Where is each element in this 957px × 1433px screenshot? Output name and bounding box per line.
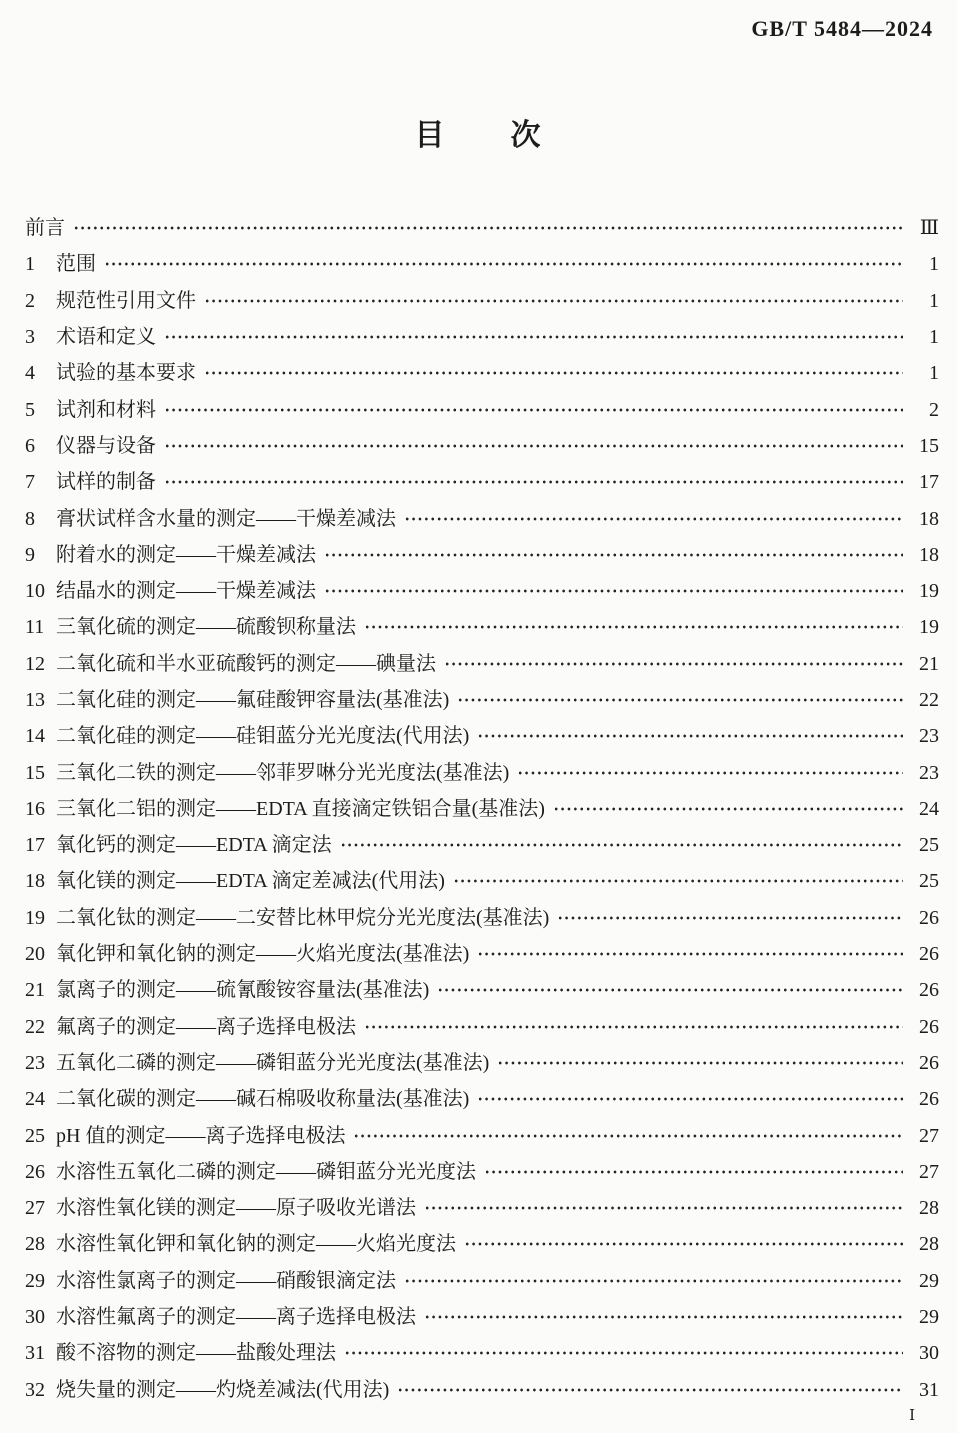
toc-entry-title: 氧化钾和氧化钠的测定——火焰光度法(基准法): [56, 944, 477, 964]
toc-entry-number: 9: [25, 545, 56, 565]
toc-entry-number: 7: [25, 472, 56, 492]
toc-entry-number: 11: [25, 617, 56, 637]
toc-row: 24二氧化碳的测定——碱石棉吸收称量法(基准法)26: [25, 1081, 939, 1117]
toc-row: 26水溶性五氧化二磷的测定——磷钼蓝分光光度法27: [25, 1154, 939, 1190]
dot-leader: [324, 585, 903, 597]
page-title: 目 次: [0, 110, 957, 154]
toc-entry-title: 试验的基本要求: [56, 363, 204, 383]
dot-leader: [477, 1093, 903, 1105]
toc-row: 10结晶水的测定——干燥差减法19: [25, 573, 939, 609]
toc-entry-number: 14: [25, 726, 56, 746]
dot-leader: [453, 875, 903, 887]
toc-entry-title: pH 值的测定——离子选择电极法: [56, 1126, 353, 1146]
toc-entry-page: 17: [911, 472, 939, 492]
dot-leader: [424, 1202, 903, 1214]
toc-entry-number: 15: [25, 763, 56, 783]
toc-entry-page: 30: [911, 1343, 939, 1363]
toc-row: 15三氧化二铁的测定——邻菲罗啉分光光度法(基准法)23: [25, 754, 939, 790]
dot-leader: [404, 1275, 903, 1287]
toc-entry-number: 13: [25, 690, 56, 710]
toc-entry-title: 三氧化硫的测定——硫酸钡称量法: [56, 617, 364, 637]
toc-entry-number: 17: [25, 835, 56, 855]
dot-leader: [324, 549, 903, 561]
toc-row: 27水溶性氧化镁的测定——原子吸收光谱法28: [25, 1190, 939, 1226]
toc-entry-page: 1: [911, 254, 939, 274]
dot-leader: [73, 222, 903, 234]
toc-entry-number: 20: [25, 944, 56, 964]
toc-row: 2规范性引用文件1: [25, 283, 939, 319]
toc-entry-number: 21: [25, 980, 56, 1000]
dot-leader: [464, 1238, 903, 1250]
toc-entry-number: 31: [25, 1343, 56, 1363]
toc-row: 29水溶性氯离子的测定——硝酸银滴定法29: [25, 1263, 939, 1299]
toc-entry-title: 二氧化碳的测定——碱石棉吸收称量法(基准法): [56, 1089, 477, 1109]
dot-leader: [164, 476, 903, 488]
toc-row: 17氧化钙的测定——EDTA 滴定法25: [25, 827, 939, 863]
toc-row: 1范围1: [25, 246, 939, 282]
dot-leader: [437, 984, 903, 996]
toc-row: 前言Ⅲ: [25, 210, 939, 246]
toc-entry-page: 18: [911, 509, 939, 529]
toc-entry-page: 23: [911, 726, 939, 746]
dot-leader: [204, 295, 903, 307]
toc-entry-title: 氟离子的测定——离子选择电极法: [56, 1017, 364, 1037]
toc-entry-title: 二氧化硅的测定——氟硅酸钾容量法(基准法): [56, 690, 457, 710]
toc-entry-page: 27: [911, 1162, 939, 1182]
toc-entry-title: 水溶性氟离子的测定——离子选择电极法: [56, 1307, 424, 1327]
toc-entry-title: 水溶性氧化钾和氧化钠的测定——火焰光度法: [56, 1234, 464, 1254]
toc-row: 7试样的制备17: [25, 464, 939, 500]
dot-leader: [477, 948, 903, 960]
dot-leader: [424, 1311, 903, 1323]
toc-entry-page: 25: [911, 871, 939, 891]
dot-leader: [204, 367, 903, 379]
toc-entry-page: 19: [911, 581, 939, 601]
toc-entry-page: 31: [911, 1380, 939, 1400]
toc-entry-number: 1: [25, 254, 56, 274]
toc-entry-page: 26: [911, 1053, 939, 1073]
toc-entry-page: 1: [911, 291, 939, 311]
dot-leader: [457, 694, 903, 706]
toc-entry-title: 氧化镁的测定——EDTA 滴定差减法(代用法): [56, 871, 453, 891]
dot-leader: [340, 839, 903, 851]
toc-entry-title: 附着水的测定——干燥差减法: [56, 545, 324, 565]
toc-entry-title: 水溶性五氧化二磷的测定——磷钼蓝分光光度法: [56, 1162, 484, 1182]
toc-row: 21氯离子的测定——硫氰酸铵容量法(基准法)26: [25, 972, 939, 1008]
toc-list: 前言Ⅲ1范围12规范性引用文件13术语和定义14试验的基本要求15试剂和材料26…: [25, 210, 939, 1408]
dot-leader: [104, 258, 903, 270]
toc-entry-number: 19: [25, 908, 56, 928]
toc-entry-page: 28: [911, 1234, 939, 1254]
dot-leader: [517, 767, 903, 779]
dot-leader: [477, 730, 903, 742]
toc-entry-title: 二氧化硫和半水亚硫酸钙的测定——碘量法: [56, 654, 444, 674]
toc-entry-page: 29: [911, 1307, 939, 1327]
toc-entry-title: 三氧化二铁的测定——邻菲罗啉分光光度法(基准法): [56, 763, 517, 783]
dot-leader: [553, 803, 903, 815]
toc-entry-number: 5: [25, 400, 56, 420]
toc-entry-page: 15: [911, 436, 939, 456]
dot-leader: [164, 331, 903, 343]
toc-entry-page: 26: [911, 908, 939, 928]
toc-entry-number: 29: [25, 1271, 56, 1291]
dot-leader: [444, 658, 903, 670]
toc-entry-number: 22: [25, 1017, 56, 1037]
toc-row: 4试验的基本要求1: [25, 355, 939, 391]
toc-entry-number: 26: [25, 1162, 56, 1182]
toc-entry-number: 3: [25, 327, 56, 347]
toc-entry-page: 1: [911, 363, 939, 383]
toc-entry-title: 试样的制备: [56, 472, 164, 492]
toc-entry-page: 22: [911, 690, 939, 710]
toc-entry-number: 8: [25, 509, 56, 529]
toc-entry-title: 二氧化硅的测定——硅钼蓝分光光度法(代用法): [56, 726, 477, 746]
toc-entry-page: 21: [911, 654, 939, 674]
toc-row: 28水溶性氧化钾和氧化钠的测定——火焰光度法28: [25, 1226, 939, 1262]
toc-row: 9附着水的测定——干燥差减法18: [25, 537, 939, 573]
toc-entry-number: 24: [25, 1089, 56, 1109]
toc-entry-number: 18: [25, 871, 56, 891]
toc-entry-number: 16: [25, 799, 56, 819]
toc-entry-page: 24: [911, 799, 939, 819]
toc-entry-number: 30: [25, 1307, 56, 1327]
toc-entry-title: 膏状试样含水量的测定——干燥差减法: [56, 509, 404, 529]
toc-row: 19二氧化钛的测定——二安替比林甲烷分光光度法(基准法)26: [25, 900, 939, 936]
toc-entry-number: 2: [25, 291, 56, 311]
toc-row: 14二氧化硅的测定——硅钼蓝分光光度法(代用法)23: [25, 718, 939, 754]
toc-entry-number: 23: [25, 1053, 56, 1073]
toc-row: 18氧化镁的测定——EDTA 滴定差减法(代用法)25: [25, 863, 939, 899]
toc-row: 6仪器与设备15: [25, 428, 939, 464]
toc-row: 3术语和定义1: [25, 319, 939, 355]
toc-entry-page: 1: [911, 327, 939, 347]
toc-entry-number: 32: [25, 1380, 56, 1400]
toc-entry-page: 2: [911, 400, 939, 420]
toc-entry-title: 氯离子的测定——硫氰酸铵容量法(基准法): [56, 980, 437, 1000]
standard-number-header: GB/T 5484—2024: [751, 16, 933, 42]
toc-row: 23五氧化二磷的测定——磷钼蓝分光光度法(基准法)26: [25, 1045, 939, 1081]
toc-row: 5试剂和材料2: [25, 391, 939, 427]
toc-row: 16三氧化二铝的测定——EDTA 直接滴定铁铝合量(基准法)24: [25, 791, 939, 827]
toc-row: 22氟离子的测定——离子选择电极法26: [25, 1009, 939, 1045]
dot-leader: [344, 1347, 903, 1359]
dot-leader: [397, 1384, 903, 1396]
dot-leader: [497, 1057, 903, 1069]
toc-entry-page: 29: [911, 1271, 939, 1291]
toc-entry-title: 烧失量的测定——灼烧差减法(代用法): [56, 1380, 397, 1400]
dot-leader: [484, 1166, 903, 1178]
toc-entry-page: 23: [911, 763, 939, 783]
dot-leader: [364, 1021, 903, 1033]
toc-entry-title: 水溶性氧化镁的测定——原子吸收光谱法: [56, 1198, 424, 1218]
toc-entry-title: 结晶水的测定——干燥差减法: [56, 581, 324, 601]
footer-page-number: Ⅰ: [909, 1406, 915, 1425]
toc-row: 31酸不溶物的测定——盐酸处理法30: [25, 1335, 939, 1371]
toc-entry-title: 范围: [56, 254, 104, 274]
toc-entry-number: 10: [25, 581, 56, 601]
toc-entry-page: Ⅲ: [911, 218, 939, 238]
toc-entry-page: 26: [911, 1089, 939, 1109]
dot-leader: [353, 1130, 903, 1142]
toc-entry-page: 26: [911, 980, 939, 1000]
toc-entry-title: 水溶性氯离子的测定——硝酸银滴定法: [56, 1271, 404, 1291]
toc-entry-title: 术语和定义: [56, 327, 164, 347]
toc-entry-number: 25: [25, 1126, 56, 1146]
dot-leader: [557, 912, 903, 924]
toc-entry-number: 12: [25, 654, 56, 674]
toc-row: 11三氧化硫的测定——硫酸钡称量法19: [25, 609, 939, 645]
dot-leader: [404, 513, 903, 525]
toc-entry-title: 前言: [25, 218, 73, 238]
toc-entry-number: 28: [25, 1234, 56, 1254]
toc-row: 8膏状试样含水量的测定——干燥差减法18: [25, 500, 939, 536]
toc-entry-number: 6: [25, 436, 56, 456]
toc-entry-title: 酸不溶物的测定——盐酸处理法: [56, 1343, 344, 1363]
dot-leader: [364, 621, 903, 633]
toc-entry-title: 试剂和材料: [56, 400, 164, 420]
toc-entry-page: 26: [911, 1017, 939, 1037]
toc-entry-page: 19: [911, 617, 939, 637]
toc-row: 32烧失量的测定——灼烧差减法(代用法)31: [25, 1372, 939, 1408]
toc-entry-title: 五氧化二磷的测定——磷钼蓝分光光度法(基准法): [56, 1053, 497, 1073]
toc-entry-title: 规范性引用文件: [56, 291, 204, 311]
toc-entry-page: 18: [911, 545, 939, 565]
toc-row: 13二氧化硅的测定——氟硅酸钾容量法(基准法)22: [25, 682, 939, 718]
toc-entry-number: 4: [25, 363, 56, 383]
toc-row: 25pH 值的测定——离子选择电极法27: [25, 1117, 939, 1153]
toc-entry-page: 25: [911, 835, 939, 855]
toc-entry-title: 二氧化钛的测定——二安替比林甲烷分光光度法(基准法): [56, 908, 557, 928]
toc-entry-page: 28: [911, 1198, 939, 1218]
dot-leader: [164, 440, 903, 452]
toc-entry-title: 仪器与设备: [56, 436, 164, 456]
toc-entry-page: 27: [911, 1126, 939, 1146]
toc-row: 20氧化钾和氧化钠的测定——火焰光度法(基准法)26: [25, 936, 939, 972]
toc-entry-number: 27: [25, 1198, 56, 1218]
toc-entry-page: 26: [911, 944, 939, 964]
dot-leader: [164, 404, 903, 416]
toc-row: 30水溶性氟离子的测定——离子选择电极法29: [25, 1299, 939, 1335]
toc-row: 12二氧化硫和半水亚硫酸钙的测定——碘量法21: [25, 646, 939, 682]
toc-entry-title: 氧化钙的测定——EDTA 滴定法: [56, 835, 340, 855]
toc-entry-title: 三氧化二铝的测定——EDTA 直接滴定铁铝合量(基准法): [56, 799, 553, 819]
